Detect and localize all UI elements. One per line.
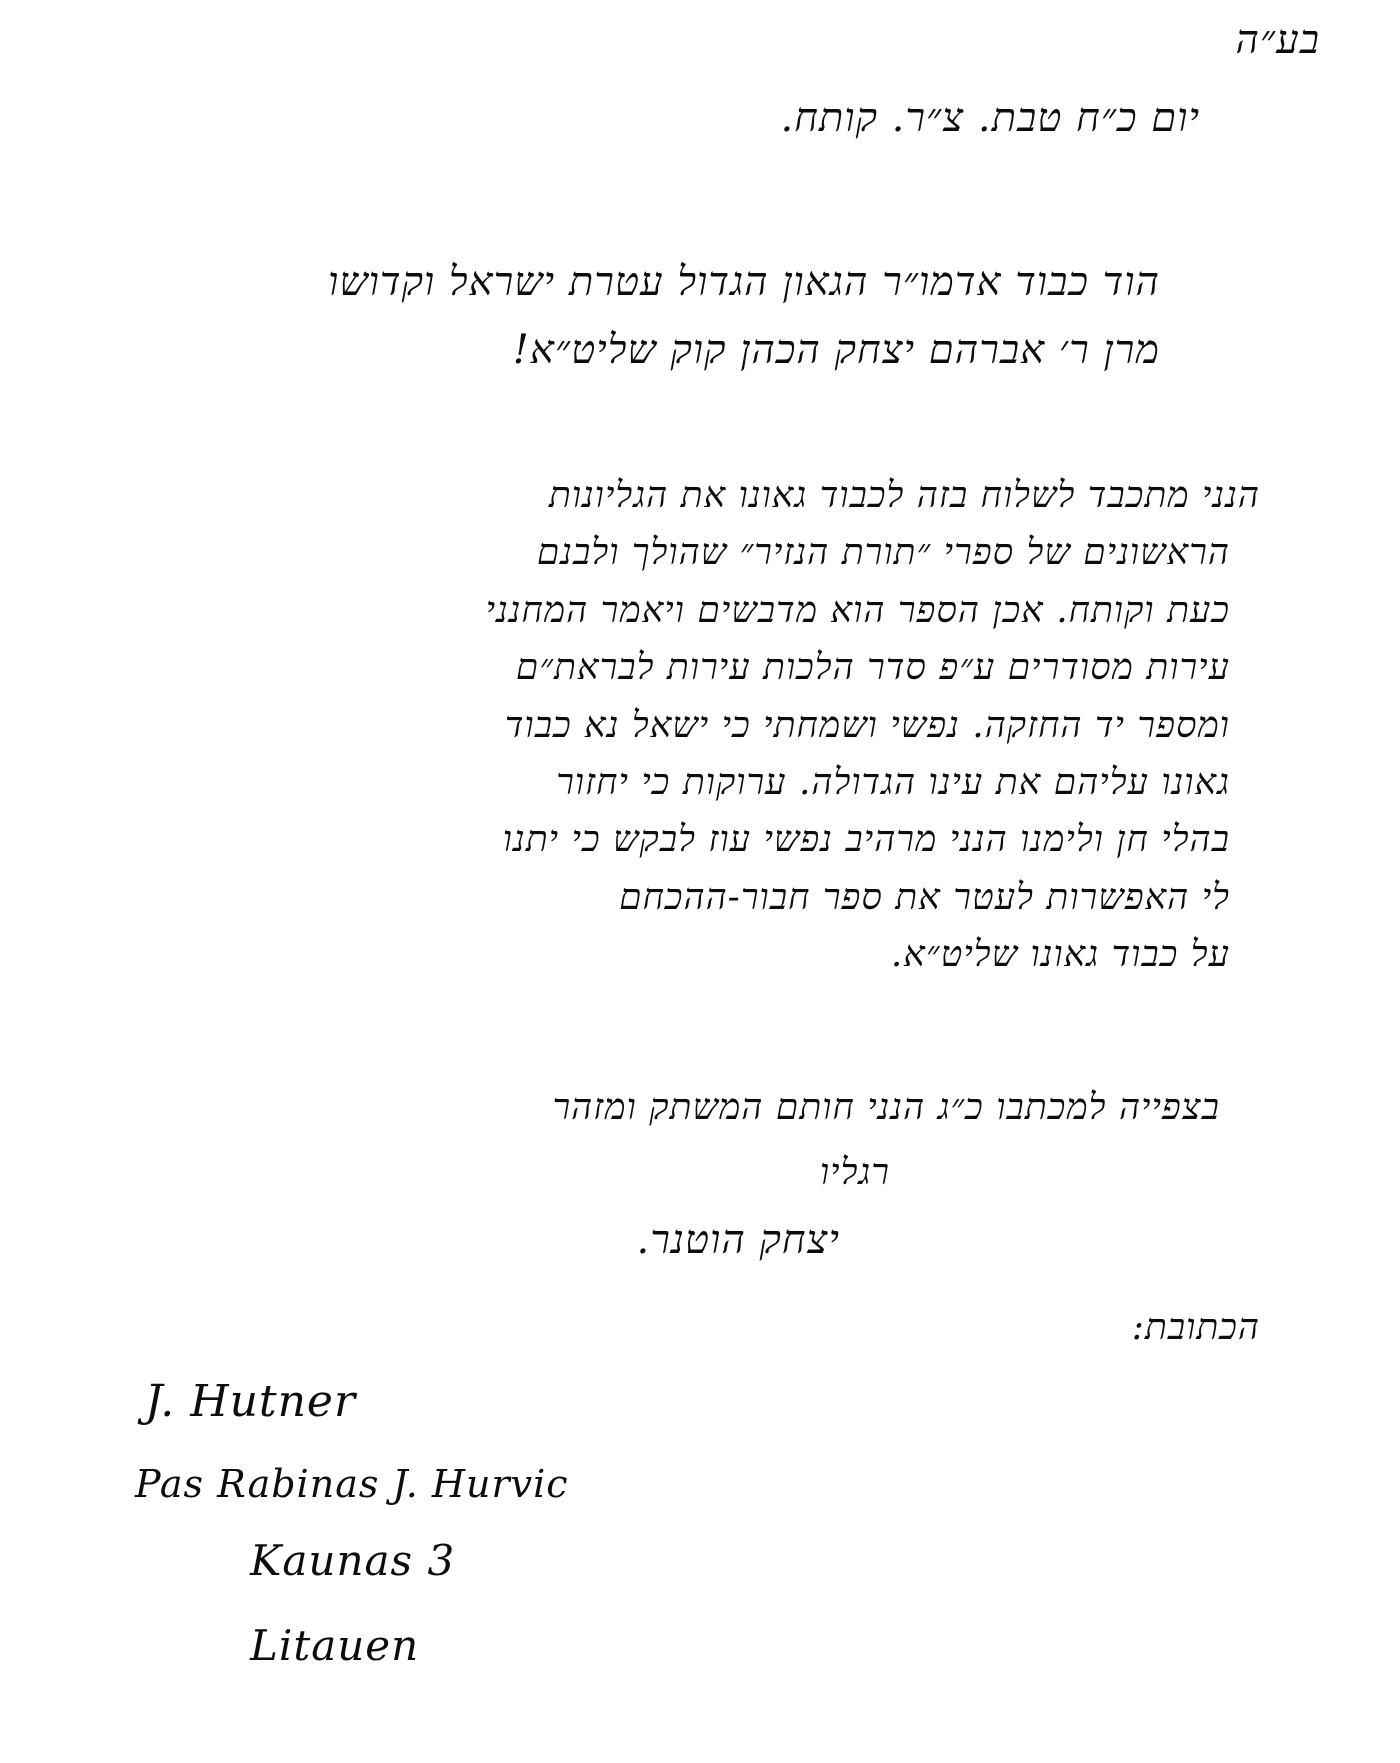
salutation-line-2: מרן ר׳ אברהם יצחק הכהן קוק שליט״א! xyxy=(513,330,1160,370)
address-line: J. Hutner xyxy=(145,1380,356,1424)
body-line: ומספר יד החזקה. נפשי ושמחתי כי ישאל נא כ… xyxy=(505,708,1230,744)
body-line: לי האפשרות לעטר את ספר חבור-ההכחם xyxy=(619,880,1230,916)
letter-page: בע״ה יום כ״ח טבת. צ״ר. קותח. הוד כבוד אד… xyxy=(0,0,1400,1763)
body-line: בהלי חן ולימנו הנני מרהיב נפשי עוז לבקש … xyxy=(503,822,1230,858)
header-blessing: בע״ה xyxy=(1235,20,1320,60)
body-line: גאונו עליהם את עינו הגדולה. ערוקות כי יח… xyxy=(556,765,1230,801)
body-line: כעת וקותח. אכן הספר הוא מדבשים ויאמר המח… xyxy=(486,593,1230,629)
closing-line-1: בצפייה למכתבו כ״ג הנני חותם המשתק ומזהר xyxy=(552,1090,1220,1126)
address-line: Kaunas 3 xyxy=(250,1540,455,1582)
salutation-line-1: הוד כבוד אדמו״ר הגאון הגדול עטרת ישראל ו… xyxy=(328,262,1160,302)
address-line: Litauen xyxy=(250,1625,419,1667)
address-label: הכתובת: xyxy=(1132,1310,1260,1346)
body-line: על כבוד גאונו שליט״א. xyxy=(891,937,1230,973)
body-line: הראשונים של ספרי ״תורת הנזיר״ שהולך ולבנ… xyxy=(537,535,1230,571)
signature: יצחק הוטנר. xyxy=(637,1220,840,1260)
header-date-line: יום כ״ח טבת. צ״ר. קותח. xyxy=(781,98,1200,138)
body-line: עירות מסודרים ע״פ סדר הלכות עירות לבראת״… xyxy=(516,650,1230,686)
closing-line-2: רגליו xyxy=(820,1155,890,1191)
address-line: Pas Rabinas J. Hurvic xyxy=(135,1465,569,1503)
body-line: הנני מתכבד לשלוח בזה לכבוד גאונו את הגלי… xyxy=(549,478,1260,514)
